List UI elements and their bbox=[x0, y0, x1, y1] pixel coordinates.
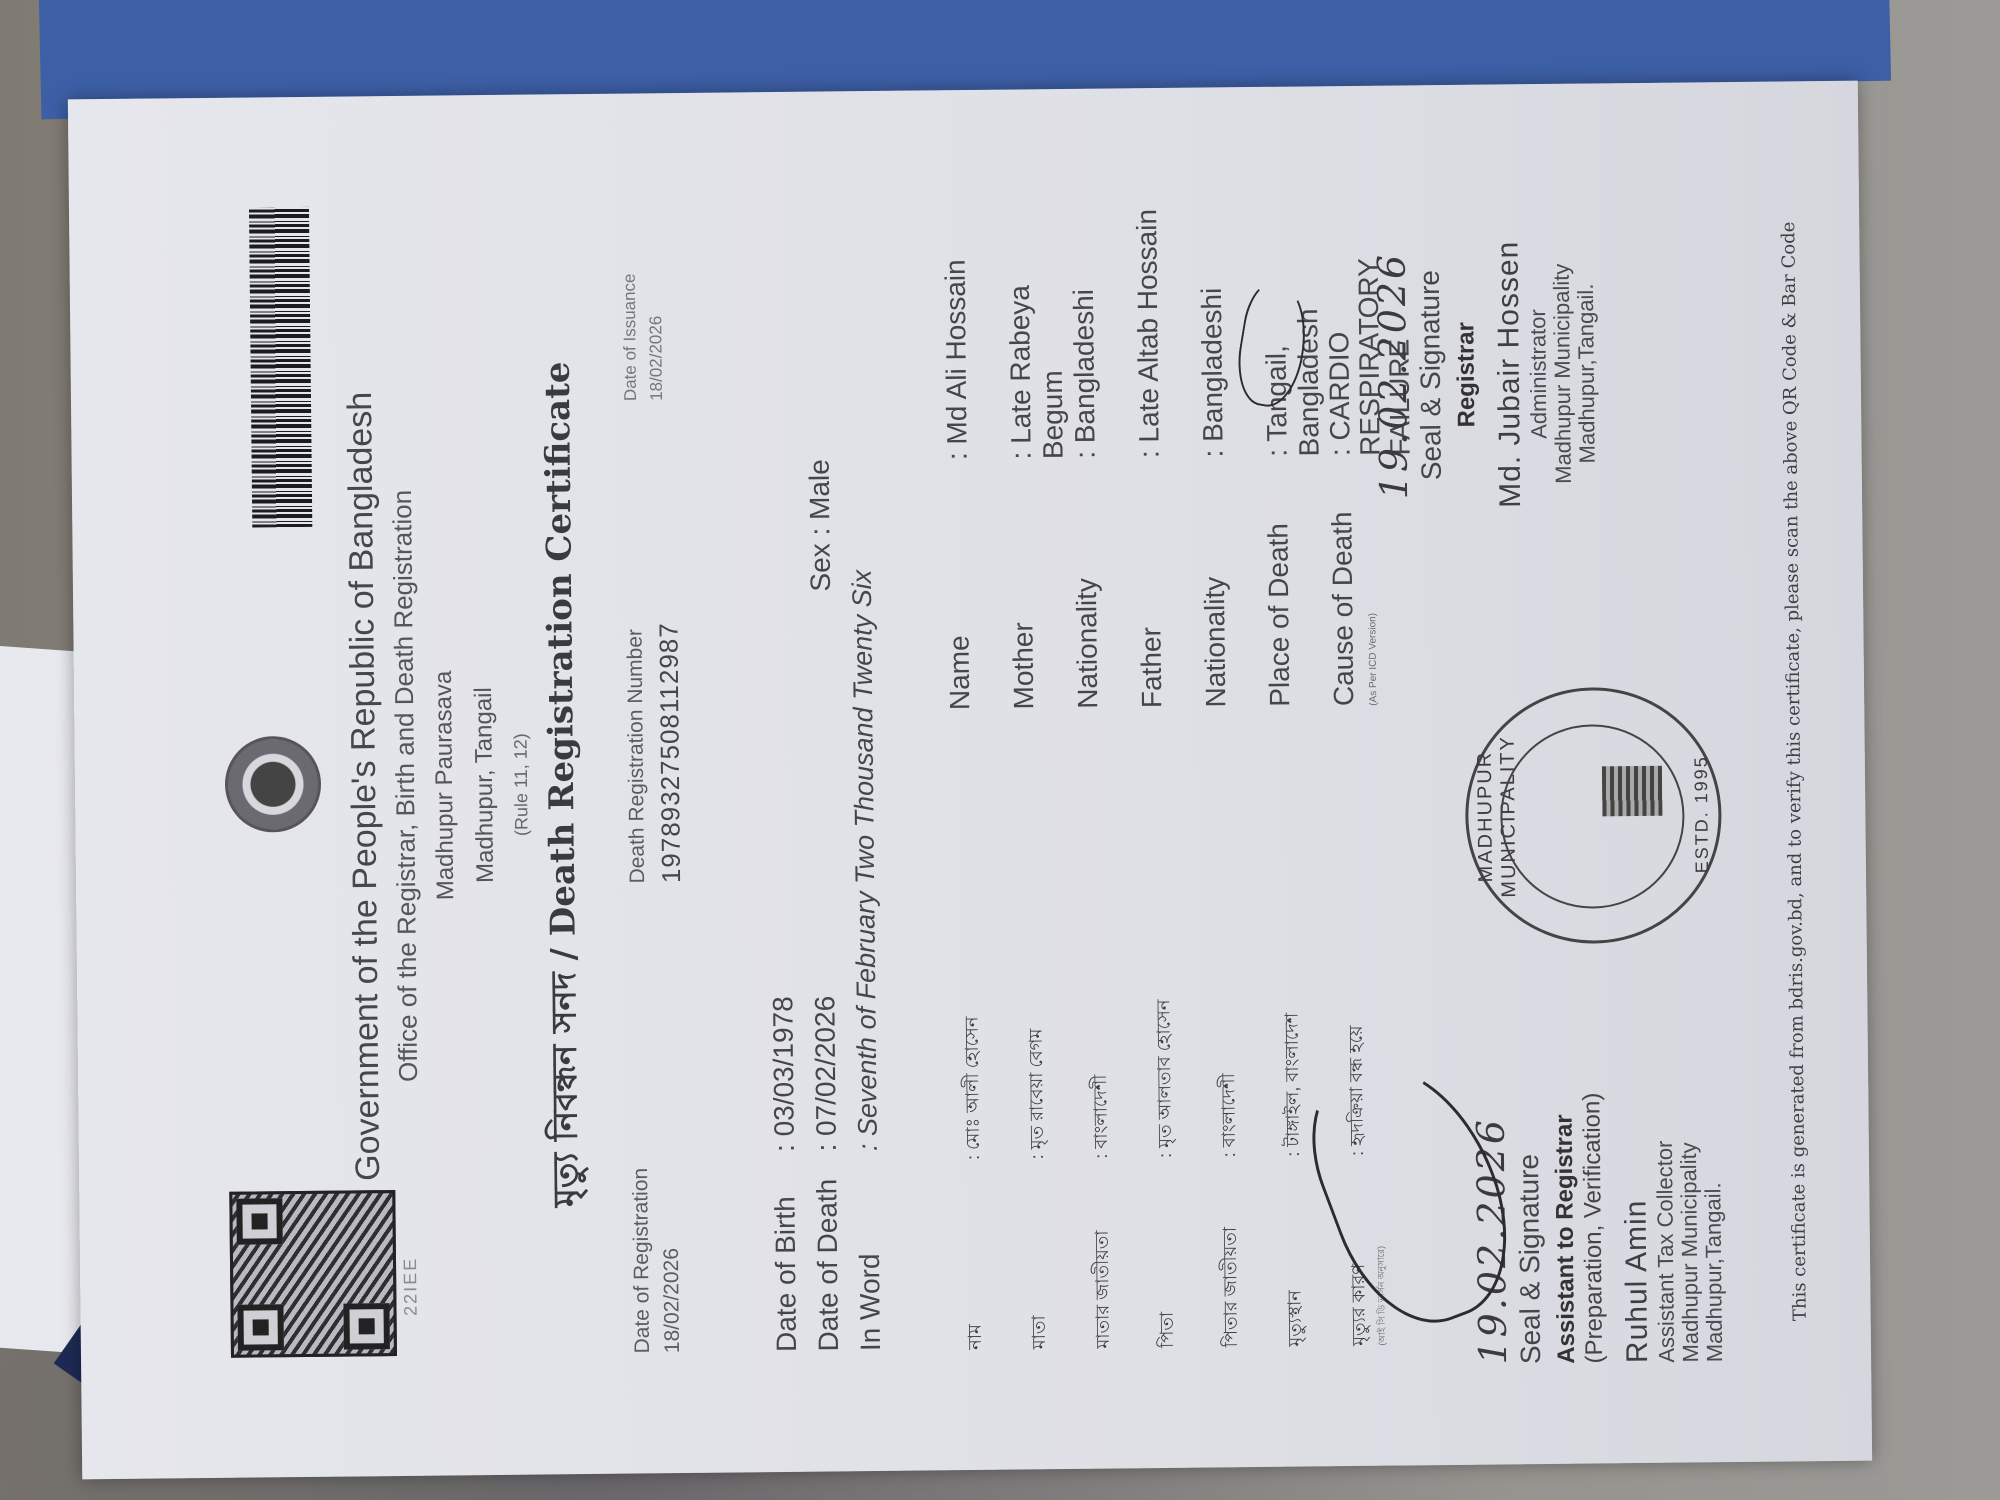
signature-date: 19.02.2026 bbox=[1369, 165, 1417, 585]
death-registration-number: Death Registration Number 19789327508112… bbox=[623, 622, 687, 884]
barcode bbox=[249, 207, 312, 528]
district-name: Madhupur, Tangail bbox=[465, 175, 506, 1395]
date-of-issuance: Date of Issuance 18/02/2026 bbox=[620, 273, 667, 401]
government-emblem-icon bbox=[225, 736, 322, 833]
registration-meta: Date of Registration 18/02/2026 Death Re… bbox=[619, 213, 711, 1354]
field-row: পিতা : মৃত আলতাব হোসেন Father : Late Alt… bbox=[1131, 208, 1207, 1349]
signatory-name: Ruhul Amin bbox=[1617, 943, 1655, 1363]
seal-building-icon bbox=[1602, 766, 1663, 817]
field-row: নাম : মোঃ আলী হোসেন Name : Md Ali Hossai… bbox=[939, 210, 1015, 1351]
death-certificate: 22IEE Government of the People's Republi… bbox=[68, 81, 1872, 1480]
certificate-title: মৃত্যু নিবন্ধন সনদ / Death Registration … bbox=[530, 174, 600, 1395]
paurasava-name: Madhupur Paurasava bbox=[425, 175, 466, 1395]
registrar-signature-block: 19.02.2026 Seal & Signature Registrar Md… bbox=[1369, 163, 1601, 585]
municipality-seal: MADHUPUR MUNICIPALITY ESTD. 1995 bbox=[1464, 686, 1723, 945]
assistant-registrar-signature-block: 19.02.2026 Seal & Signature Assistant to… bbox=[1467, 942, 1727, 1365]
field-row: মাতা : মৃত রাবেয়া বেগম Mother : Late Ra… bbox=[1003, 209, 1079, 1350]
certificate-header: Government of the People's Republic of B… bbox=[339, 174, 600, 1397]
field-row: মাতার জাতীয়তা : বাংলাদেশী Nationality :… bbox=[1067, 208, 1143, 1349]
date-of-registration: Date of Registration 18/02/2026 bbox=[629, 1167, 685, 1353]
sex-field: Sex : Male bbox=[804, 459, 837, 592]
office-name: Office of the Registrar, Birth and Death… bbox=[384, 176, 428, 1396]
photo-frame: 22IEE Government of the People's Republi… bbox=[40, 60, 1900, 1500]
verification-footer: This certificate is generated from bdris… bbox=[1778, 161, 1812, 1381]
signatory-name: Md. Jubair Hossen bbox=[1491, 164, 1529, 584]
dates-section: Date of Birth : 03/03/1978 Date of Death… bbox=[759, 211, 897, 1352]
